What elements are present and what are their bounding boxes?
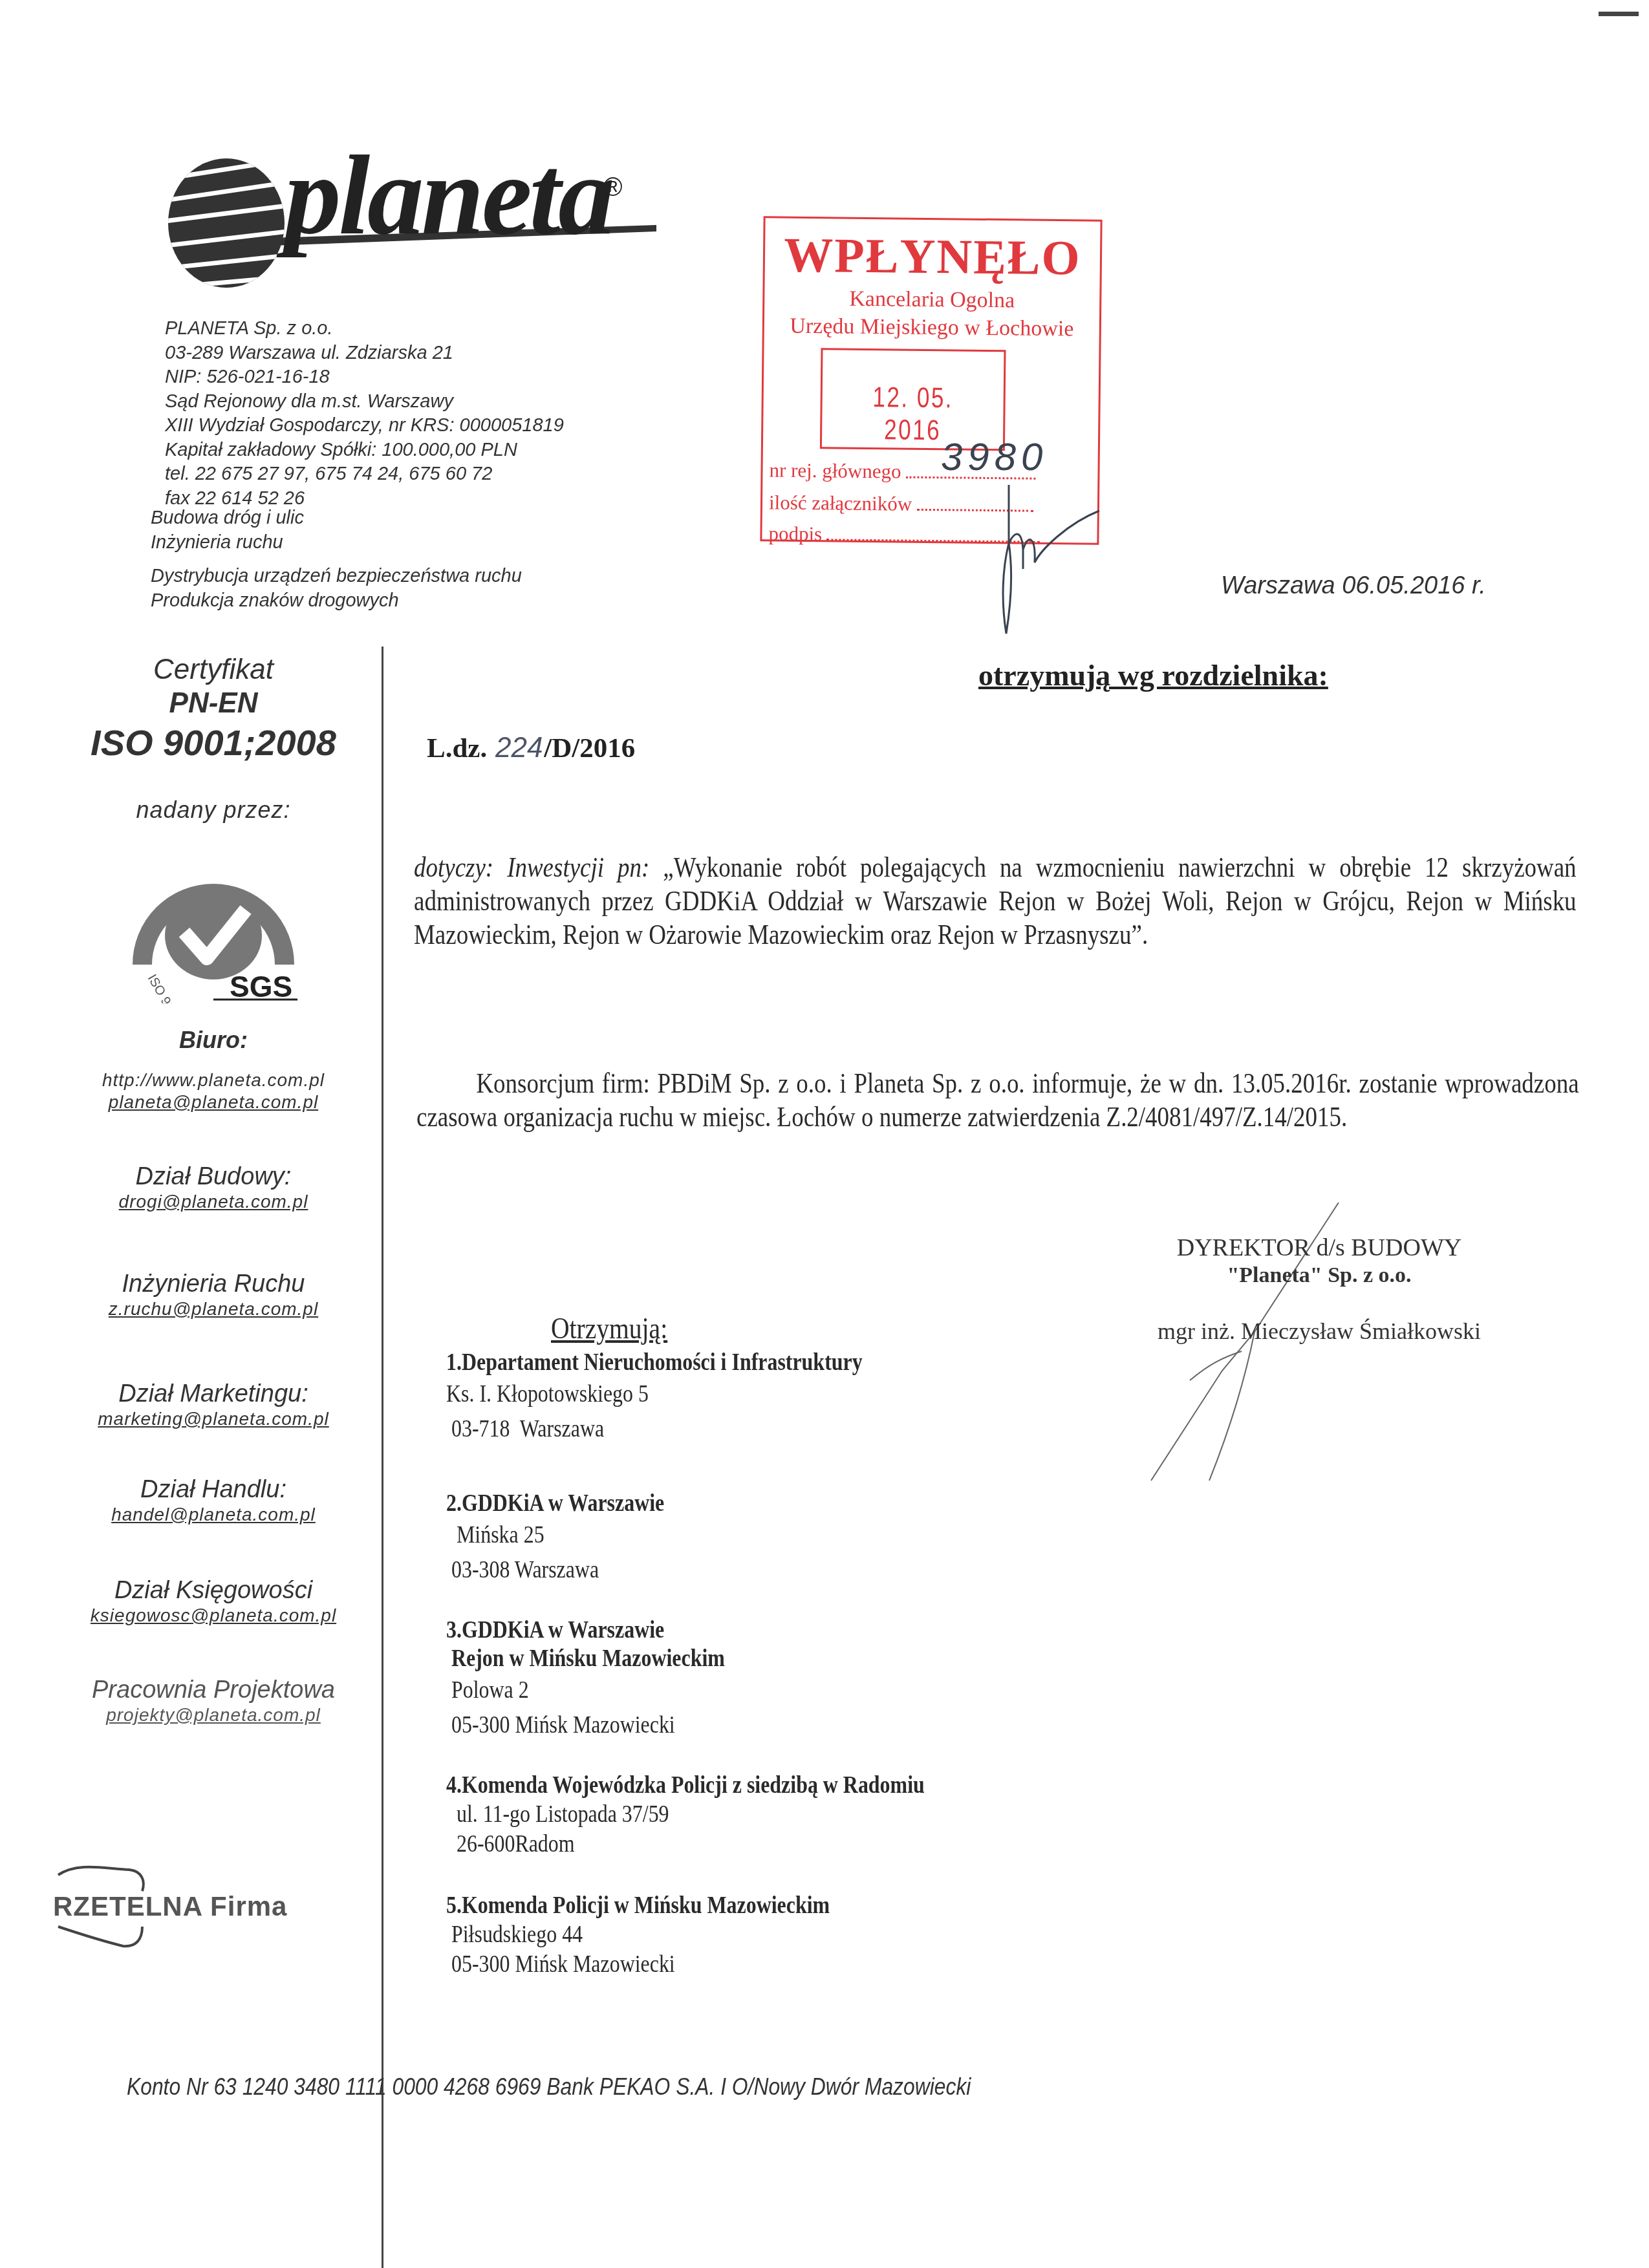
cert-label: Certyfikat bbox=[65, 653, 362, 687]
company-nip: NIP: 526-021-16-18 bbox=[165, 365, 564, 390]
svg-text:ISO 9001: ISO 9001 bbox=[145, 972, 184, 1004]
company-address: 03-289 Warszawa ul. Zdziarska 21 bbox=[165, 341, 564, 366]
recipient-item: 1.Departament Nieruchomości i Infrastruk… bbox=[446, 1348, 1016, 1446]
cert-iso: ISO 9001;2008 bbox=[65, 723, 362, 763]
dept-email-link[interactable]: handel@planeta.com.pl bbox=[65, 1504, 362, 1526]
dept-traffic: Inżynieria Ruchu z.ruchu@planeta.com.pl bbox=[65, 1270, 362, 1320]
dept-accounting: Dział Księgowości ksiegowosc@planeta.com… bbox=[65, 1576, 362, 1627]
recipients-heading: Otrzymują: bbox=[551, 1311, 951, 1345]
stamp-title: WPŁYNĘŁO bbox=[765, 227, 1101, 286]
recipient-item: 2.GDDKiA w Warszawie Mińska 25 03-308 Wa… bbox=[446, 1489, 1016, 1587]
letter-place-date: Warszawa 06.05.2016 r. bbox=[1221, 572, 1486, 600]
website-link[interactable]: http://www.planeta.com.pl bbox=[65, 1069, 362, 1091]
registered-mark: ® bbox=[603, 173, 622, 202]
letter-body: Konsorcjum firm: PBDiM Sp. z o.o. i Plan… bbox=[416, 1067, 1579, 1134]
reference-number: L.dz. 224/D/2016 bbox=[427, 732, 635, 764]
company-phone: tel. 22 675 27 97, 675 74 24, 675 60 72 bbox=[165, 462, 564, 487]
handwritten-signature-icon bbox=[989, 472, 1106, 640]
dept-design: Pracownia Projektowa projekty@planeta.co… bbox=[65, 1676, 362, 1726]
signatory-name: mgr inż. Mieczysław Śmiałkowski bbox=[1138, 1318, 1500, 1345]
company-info: PLANETA Sp. z o.o. 03-289 Warszawa ul. Z… bbox=[165, 317, 564, 511]
company-court: Sąd Rejonowy dla m.st. Warszawy bbox=[165, 390, 564, 414]
handwritten-ref-number: 224 bbox=[495, 732, 543, 764]
dept-email-link[interactable]: z.ruchu@planeta.com.pl bbox=[65, 1298, 362, 1320]
scan-mark bbox=[1599, 12, 1639, 16]
sidebar: Certyfikat PN-EN ISO 9001;2008 nadany pr… bbox=[65, 653, 362, 1726]
company-name: PLANETA Sp. z o.o. bbox=[165, 317, 564, 341]
signatory-company: "Planeta" Sp. z o.o. bbox=[1138, 1263, 1500, 1288]
certification-check-icon: ISO 9001 SGS bbox=[116, 848, 310, 1003]
dept-sales: Dział Handlu: handel@planeta.com.pl bbox=[65, 1475, 362, 1526]
company-services: Budowa dróg i ulic Inżynieria ruchu Dyst… bbox=[151, 506, 522, 613]
cert-granted-by: nadany przez: bbox=[65, 797, 362, 824]
recipient-item: 3.GDDKiA w Warszawie Rejon w Mińsku Mazo… bbox=[446, 1616, 1016, 1742]
signatory-title: DYREKTOR d/s BUDOWY bbox=[1138, 1234, 1500, 1262]
dept-email-link[interactable]: marketing@planeta.com.pl bbox=[65, 1408, 362, 1430]
company-capital: Kapitał zakładowy Spółki: 100.000,00 PLN bbox=[165, 438, 564, 463]
letter-subject: dotyczy: Inwestycji pn: „Wykonanie robót… bbox=[414, 851, 1577, 952]
bank-account-footer: Konto Nr 63 1240 3480 1111 0000 4268 696… bbox=[127, 2073, 971, 2101]
reliable-company-badge: RZETELNA Firma bbox=[53, 1891, 287, 1922]
service-item: Inżynieria ruchu bbox=[151, 530, 522, 555]
office-heading: Biuro: bbox=[65, 1027, 362, 1054]
distribution-heading: otrzymują wg rozdzielnika: bbox=[978, 658, 1328, 692]
signature-block: DYREKTOR d/s BUDOWY "Planeta" Sp. z o.o.… bbox=[1138, 1234, 1500, 1345]
recipient-item: 5.Komenda Policji w Mińsku Mazowieckim P… bbox=[446, 1891, 1016, 1979]
recipient-item: 4.Komenda Wojewódzka Policji z siedzibą … bbox=[446, 1771, 1016, 1859]
stamp-office-line1: Kancelaria Ogolna bbox=[764, 286, 1099, 314]
cert-standard: PN-EN bbox=[65, 687, 362, 720]
sidebar-divider bbox=[382, 647, 383, 2268]
svg-text:SGS: SGS bbox=[230, 970, 292, 1003]
dept-email-link[interactable]: projekty@planeta.com.pl bbox=[65, 1704, 362, 1726]
office-email-link[interactable]: planeta@planeta.com.pl bbox=[65, 1091, 362, 1113]
dept-construction: Dział Budowy: drogi@planeta.com.pl bbox=[65, 1162, 362, 1213]
company-krs: XIII Wydział Gospodarczy, nr KRS: 000005… bbox=[165, 414, 564, 438]
service-item: Produkcja znaków drogowych bbox=[151, 588, 522, 613]
recipients-list: Otrzymują: 1.Departament Nieruchomości i… bbox=[446, 1311, 1016, 1979]
stamp-office-line2: Urzędu Miejskiego w Łochowie bbox=[764, 314, 1099, 341]
service-item: Dystrybucja urządzeń bezpieczeństwa ruch… bbox=[151, 564, 522, 588]
dept-email-link[interactable]: drogi@planeta.com.pl bbox=[65, 1191, 362, 1213]
subject-lead: dotyczy: Inwestycji pn: bbox=[414, 851, 649, 883]
dept-marketing: Dział Marketingu: marketing@planeta.com.… bbox=[65, 1380, 362, 1430]
dept-email-link[interactable]: ksiegowosc@planeta.com.pl bbox=[65, 1605, 362, 1627]
sgs-certification-logo: ISO 9001 SGS bbox=[116, 848, 310, 1003]
service-item: Budowa dróg i ulic bbox=[151, 506, 522, 530]
logo-wordmark: planeta bbox=[285, 139, 612, 252]
